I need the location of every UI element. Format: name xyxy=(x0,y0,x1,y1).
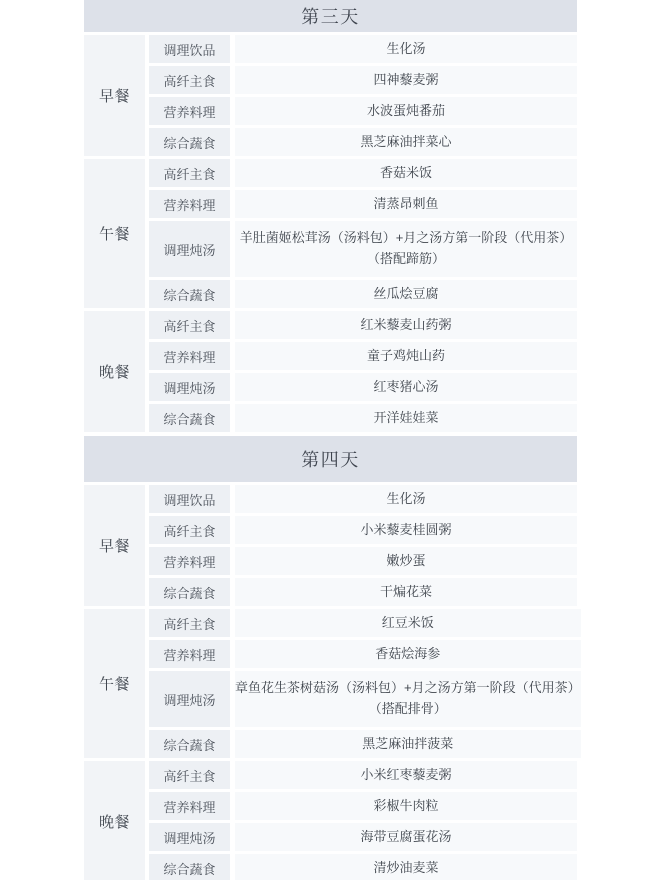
dish-cell: 红豆米饭 xyxy=(235,609,581,637)
meal-group-breakfast: 早餐 调理饮品 生化汤 高纤主食 小米藜麦桂圆粥 营养料理 嫩炒蛋 综合蔬食 干… xyxy=(84,485,577,606)
category-cell: 综合蔬食 xyxy=(149,578,230,606)
meal-group-lunch: 午餐 高纤主食 香菇米饭 营养料理 清蒸昂刺鱼 调理炖汤 羊肚菌姬松茸汤（汤料包… xyxy=(84,159,577,308)
category-cell: 综合蔬食 xyxy=(149,128,230,156)
menu-row: 综合蔬食 黑芝麻油拌菜心 xyxy=(149,128,577,156)
meal-group-breakfast: 早餐 调理饮品 生化汤 高纤主食 四神藜麦粥 营养料理 水波蛋炖番茄 综合蔬食 … xyxy=(84,35,577,156)
category-cell: 综合蔬食 xyxy=(149,854,230,880)
dish-cell: 四神藜麦粥 xyxy=(235,66,577,94)
category-cell: 调理饮品 xyxy=(149,35,230,63)
dish-cell: 清蒸昂刺鱼 xyxy=(235,190,577,218)
menu-row: 综合蔬食 开洋娃娃菜 xyxy=(149,404,577,432)
category-cell: 调理饮品 xyxy=(149,485,230,513)
menu-row: 综合蔬食 清炒油麦菜 xyxy=(149,854,577,880)
day-title: 第三天 xyxy=(84,0,577,32)
meal-cell: 早餐 xyxy=(84,485,145,606)
menu-row: 营养料理 水波蛋炖番茄 xyxy=(149,97,577,125)
menu-row: 调理饮品 生化汤 xyxy=(149,35,577,63)
menu-row: 营养料理 童子鸡炖山药 xyxy=(149,342,577,370)
dish-cell: 海带豆腐蛋花汤 xyxy=(235,823,577,851)
menu-row: 调理炖汤 羊肚菌姬松茸汤（汤料包）+月之汤方第一阶段（代用茶） （搭配蹄筋） xyxy=(149,221,577,277)
dish-cell: 丝瓜烩豆腐 xyxy=(235,280,577,308)
category-cell: 高纤主食 xyxy=(149,761,230,789)
menu-row: 综合蔬食 丝瓜烩豆腐 xyxy=(149,280,577,308)
meal-cell: 午餐 xyxy=(84,609,145,758)
menu-row: 高纤主食 红豆米饭 xyxy=(149,609,581,637)
category-cell: 营养料理 xyxy=(149,547,230,575)
dish-cell: 黑芝麻油拌菠菜 xyxy=(235,730,581,758)
meal-cell: 晚餐 xyxy=(84,761,145,880)
meal-group-dinner: 晚餐 高纤主食 小米红枣藜麦粥 营养料理 彩椒牛肉粒 调理炖汤 海带豆腐蛋花汤 … xyxy=(84,761,577,880)
dish-cell: 彩椒牛肉粒 xyxy=(235,792,577,820)
menu-row: 综合蔬食 黑芝麻油拌菠菜 xyxy=(149,730,581,758)
menu-row: 高纤主食 红米藜麦山药粥 xyxy=(149,311,577,339)
menu-row: 调理炖汤 红枣猪心汤 xyxy=(149,373,577,401)
meal-cell: 早餐 xyxy=(84,35,145,156)
category-cell: 综合蔬食 xyxy=(149,730,230,758)
category-cell: 高纤主食 xyxy=(149,311,230,339)
category-cell: 营养料理 xyxy=(149,342,230,370)
category-cell: 调理炖汤 xyxy=(149,373,230,401)
dish-cell: 红米藜麦山药粥 xyxy=(235,311,577,339)
menu-row: 高纤主食 小米藜麦桂圆粥 xyxy=(149,516,577,544)
dish-cell: 章鱼花生茶树菇汤（汤料包）+月之汤方第一阶段（代用茶） （搭配排骨） xyxy=(235,671,581,727)
menu-row: 营养料理 彩椒牛肉粒 xyxy=(149,792,577,820)
day-title: 第四天 xyxy=(84,436,577,482)
category-cell: 综合蔬食 xyxy=(149,404,230,432)
dish-cell: 黑芝麻油拌菜心 xyxy=(235,128,577,156)
dish-line2: （搭配蹄筋） xyxy=(367,249,445,270)
dish-cell: 干煸花菜 xyxy=(235,578,577,606)
dish-cell: 嫩炒蛋 xyxy=(235,547,577,575)
dish-cell: 小米藜麦桂圆粥 xyxy=(235,516,577,544)
meal-cell: 午餐 xyxy=(84,159,145,308)
menu-row: 高纤主食 小米红枣藜麦粥 xyxy=(149,761,577,789)
dish-cell: 红枣猪心汤 xyxy=(235,373,577,401)
day-table-4: 第四天 早餐 调理饮品 生化汤 高纤主食 小米藜麦桂圆粥 营养料理 嫩炒蛋 综合… xyxy=(84,436,577,880)
dish-cell: 羊肚菌姬松茸汤（汤料包）+月之汤方第一阶段（代用茶） （搭配蹄筋） xyxy=(235,221,577,277)
menu-row: 营养料理 嫩炒蛋 xyxy=(149,547,577,575)
dish-line1: 章鱼花生茶树菇汤（汤料包）+月之汤方第一阶段（代用茶） xyxy=(235,678,581,699)
menu-row: 调理炖汤 章鱼花生茶树菇汤（汤料包）+月之汤方第一阶段（代用茶） （搭配排骨） xyxy=(149,671,581,727)
category-cell: 高纤主食 xyxy=(149,516,230,544)
dish-cell: 香菇烩海参 xyxy=(235,640,581,668)
category-cell: 综合蔬食 xyxy=(149,280,230,308)
meal-group-lunch: 午餐 高纤主食 红豆米饭 营养料理 香菇烩海参 调理炖汤 章鱼花生茶树菇汤（汤料… xyxy=(84,609,577,758)
category-cell: 高纤主食 xyxy=(149,66,230,94)
menu-row: 营养料理 香菇烩海参 xyxy=(149,640,581,668)
dish-cell: 童子鸡炖山药 xyxy=(235,342,577,370)
dish-cell: 水波蛋炖番茄 xyxy=(235,97,577,125)
category-cell: 高纤主食 xyxy=(149,159,230,187)
meal-plan-sheet: 第三天 早餐 调理饮品 生化汤 高纤主食 四神藜麦粥 营养料理 水波蛋炖番茄 综… xyxy=(84,0,577,880)
dish-line2: （搭配排骨） xyxy=(369,699,447,720)
menu-row: 高纤主食 四神藜麦粥 xyxy=(149,66,577,94)
menu-row: 调理饮品 生化汤 xyxy=(149,485,577,513)
dish-cell: 小米红枣藜麦粥 xyxy=(235,761,577,789)
category-cell: 营养料理 xyxy=(149,190,230,218)
menu-row: 调理炖汤 海带豆腐蛋花汤 xyxy=(149,823,577,851)
category-cell: 调理炖汤 xyxy=(149,823,230,851)
category-cell: 高纤主食 xyxy=(149,609,230,637)
meal-cell: 晚餐 xyxy=(84,311,145,432)
category-cell: 营养料理 xyxy=(149,97,230,125)
dish-cell: 生化汤 xyxy=(235,485,577,513)
dish-cell: 清炒油麦菜 xyxy=(235,854,577,880)
category-cell: 营养料理 xyxy=(149,792,230,820)
category-cell: 调理炖汤 xyxy=(149,671,230,727)
category-cell: 营养料理 xyxy=(149,640,230,668)
menu-row: 高纤主食 香菇米饭 xyxy=(149,159,577,187)
dish-cell: 香菇米饭 xyxy=(235,159,577,187)
dish-cell: 生化汤 xyxy=(235,35,577,63)
day-table-3: 第三天 早餐 调理饮品 生化汤 高纤主食 四神藜麦粥 营养料理 水波蛋炖番茄 综… xyxy=(84,0,577,432)
menu-row: 综合蔬食 干煸花菜 xyxy=(149,578,577,606)
menu-row: 营养料理 清蒸昂刺鱼 xyxy=(149,190,577,218)
meal-group-dinner: 晚餐 高纤主食 红米藜麦山药粥 营养料理 童子鸡炖山药 调理炖汤 红枣猪心汤 综… xyxy=(84,311,577,432)
category-cell: 调理炖汤 xyxy=(149,221,230,277)
dish-line1: 羊肚菌姬松茸汤（汤料包）+月之汤方第一阶段（代用茶） xyxy=(240,228,573,249)
dish-cell: 开洋娃娃菜 xyxy=(235,404,577,432)
